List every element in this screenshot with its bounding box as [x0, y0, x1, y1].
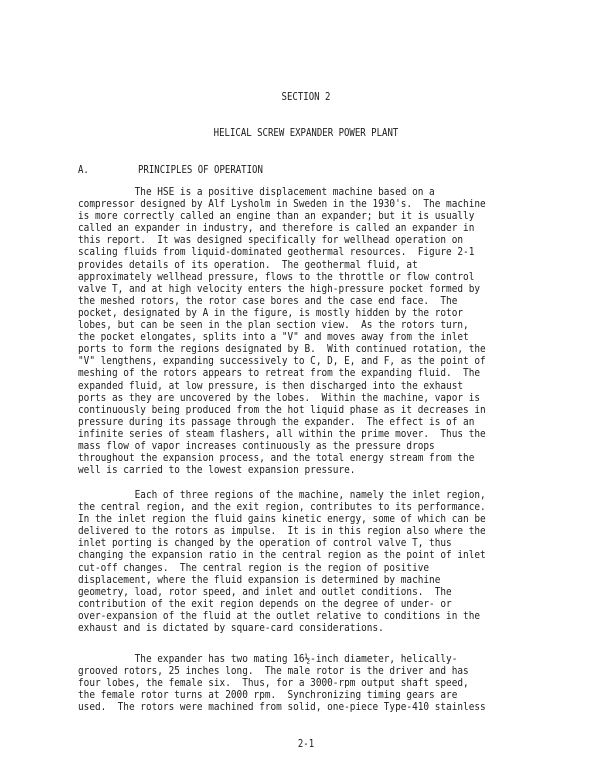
text-line: ports as they are uncovered by the lobes…	[78, 392, 486, 404]
document-page: SECTION 2 HELICAL SCREW EXPANDER POWER P…	[0, 0, 612, 781]
paragraph-regions: Each of three regions of the machine, na…	[78, 489, 486, 634]
page-number: 2-1	[55, 737, 557, 750]
text-line: continuously being produced from the hot…	[78, 404, 486, 416]
text-line: used. The rotors were machined from soli…	[78, 701, 486, 713]
paragraph-rotors: The expander has two mating 16½-inch dia…	[78, 653, 486, 713]
section-number: SECTION 2	[55, 90, 557, 103]
subsection-letter: A.	[78, 163, 89, 176]
text-line: meshing of the rotors appears to retreat…	[78, 367, 486, 379]
text-line: provides details of its operation. The g…	[78, 259, 486, 271]
text-line: displacement, where the fluid expansion …	[78, 574, 486, 586]
text-line: changing the expansion ratio in the cent…	[78, 549, 486, 561]
text-line: scaling fluids from liquid-dominated geo…	[78, 246, 486, 258]
text-line: well is carried to the lowest expansion …	[78, 464, 486, 476]
section-title: HELICAL SCREW EXPANDER POWER PLANT	[55, 126, 557, 139]
text-line: approximately wellhead pressure, flows t…	[78, 271, 486, 283]
subsection-title: PRINCIPLES OF OPERATION	[138, 163, 263, 176]
paragraph-principles: The HSE is a positive displacement machi…	[78, 186, 486, 476]
text-line: exhaust and is dictated by square-card c…	[78, 622, 486, 634]
text-line: cut-off changes. The central region is t…	[78, 562, 486, 574]
text-line: expanded fluid, at low pressure, is then…	[78, 380, 486, 392]
